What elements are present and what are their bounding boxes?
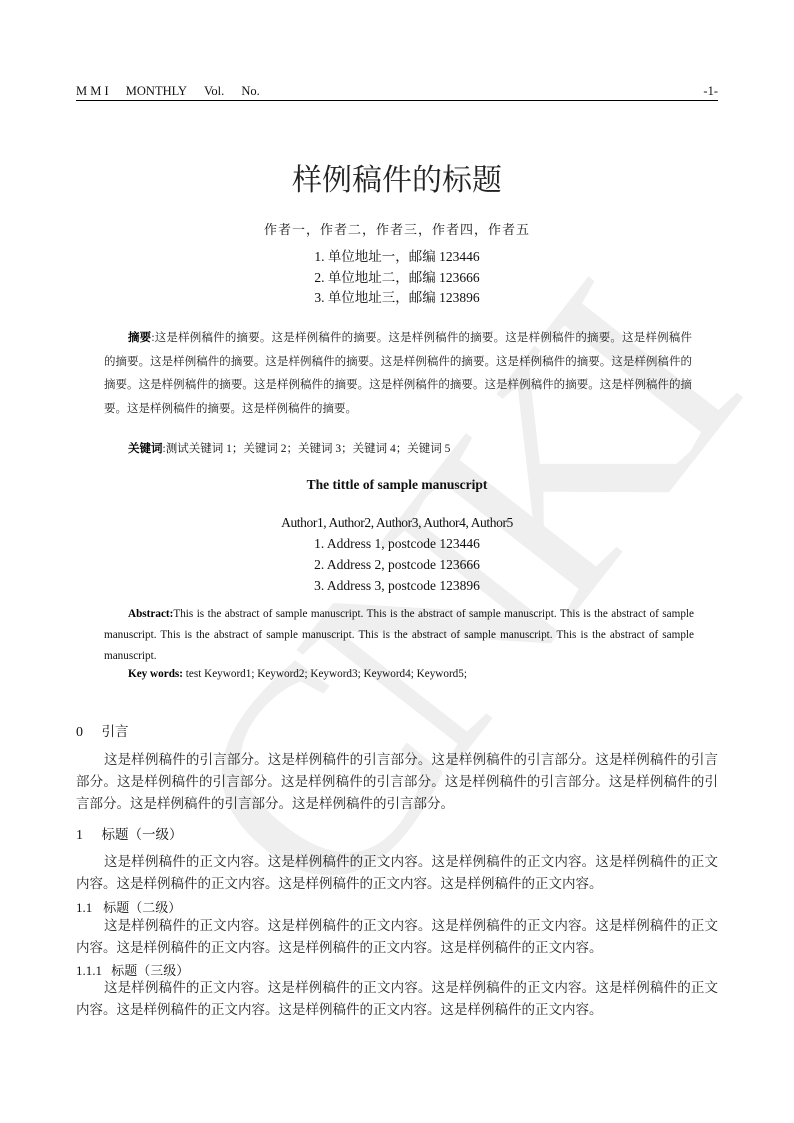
english-authors: Author1, Author2, Author3, Author4, Auth… <box>76 515 718 531</box>
english-address-1: 1. Address 1, postcode 123446 <box>76 536 718 552</box>
english-keywords-text: test Keyword1; Keyword2; Keyword3; Keywo… <box>183 668 467 680</box>
section-number: 1 <box>76 828 98 844</box>
running-header: M M I MONTHLY Vol. No. -1- <box>76 84 718 101</box>
page-number: -1- <box>703 84 718 99</box>
english-abstract: Abstract:This is the abstract of sample … <box>104 604 694 667</box>
journal-volume: Vol. <box>204 84 224 98</box>
section-title: 标题（一级） <box>102 827 183 843</box>
chinese-address-3: 3. 单位地址三，邮编 123896 <box>76 286 718 306</box>
chinese-authors: 作者一，作者二，作者三，作者四，作者五 <box>76 219 718 238</box>
english-abstract-text: This is the abstract of sample manuscrip… <box>104 608 694 662</box>
chinese-address-2: 2. 单位地址二，邮编 123666 <box>76 266 718 286</box>
subsection-title: 标题（二级） <box>103 900 181 915</box>
subsubsection-title: 标题（三级） <box>111 963 189 978</box>
intro-paragraph: 这是样例稿件的引言部分。这是样例稿件的引言部分。这是样例稿件的引言部分。这是样例… <box>76 749 718 815</box>
subsection-number: 1.1 <box>76 900 100 916</box>
section-number: 0 <box>76 725 98 741</box>
journal-monthly: MONTHLY <box>126 84 187 98</box>
journal-info: M M I MONTHLY Vol. No. <box>76 84 274 99</box>
chinese-keywords: 关键词:测试关键词 1；关键词 2；关键词 3；关键词 4；关键词 5 <box>128 440 688 456</box>
chinese-abstract-text: :这是样例稿件的摘要。这是样例稿件的摘要。这是样例稿件的摘要。这是样例稿件的摘要… <box>104 332 692 415</box>
journal-name: M M I <box>76 84 109 98</box>
journal-number: No. <box>241 84 259 98</box>
subsection-heading: 1.1 标题（二级） <box>76 897 181 916</box>
section-heading-intro: 0 引言 <box>76 720 129 741</box>
chinese-abstract: 摘要:这是样例稿件的摘要。这是样例稿件的摘要。这是样例稿件的摘要。这是样例稿件的… <box>104 327 692 421</box>
section-heading-1: 1 标题（一级） <box>76 823 183 844</box>
chinese-address-1: 1. 单位地址一，邮编 123446 <box>76 245 718 265</box>
subsubsection-number: 1.1.1 <box>76 963 102 978</box>
english-abstract-label: Abstract: <box>128 608 173 620</box>
chinese-title: 样例稿件的标题 <box>76 155 718 199</box>
chinese-keywords-label: 关键词 <box>128 443 163 455</box>
subsubsection-paragraph: 这是样例稿件的正文内容。这是样例稿件的正文内容。这是样例稿件的正文内容。这是样例… <box>76 977 718 1021</box>
chinese-keywords-text: :测试关键词 1；关键词 2；关键词 3；关键词 4；关键词 5 <box>163 443 451 455</box>
english-title: The tittle of sample manuscript <box>76 477 718 493</box>
subsection-paragraph: 这是样例稿件的正文内容。这是样例稿件的正文内容。这是样例稿件的正文内容。这是样例… <box>76 915 718 959</box>
english-address-2: 2. Address 2, postcode 123666 <box>76 557 718 573</box>
section-1-paragraph: 这是样例稿件的正文内容。这是样例稿件的正文内容。这是样例稿件的正文内容。这是样例… <box>76 851 718 895</box>
english-keywords: Key words: test Keyword1; Keyword2; Keyw… <box>128 668 688 680</box>
english-keywords-label: Key words: <box>128 668 183 680</box>
chinese-abstract-label: 摘要 <box>128 332 151 344</box>
section-title: 引言 <box>102 724 129 740</box>
english-address-3: 3. Address 3, postcode 123896 <box>76 578 718 594</box>
